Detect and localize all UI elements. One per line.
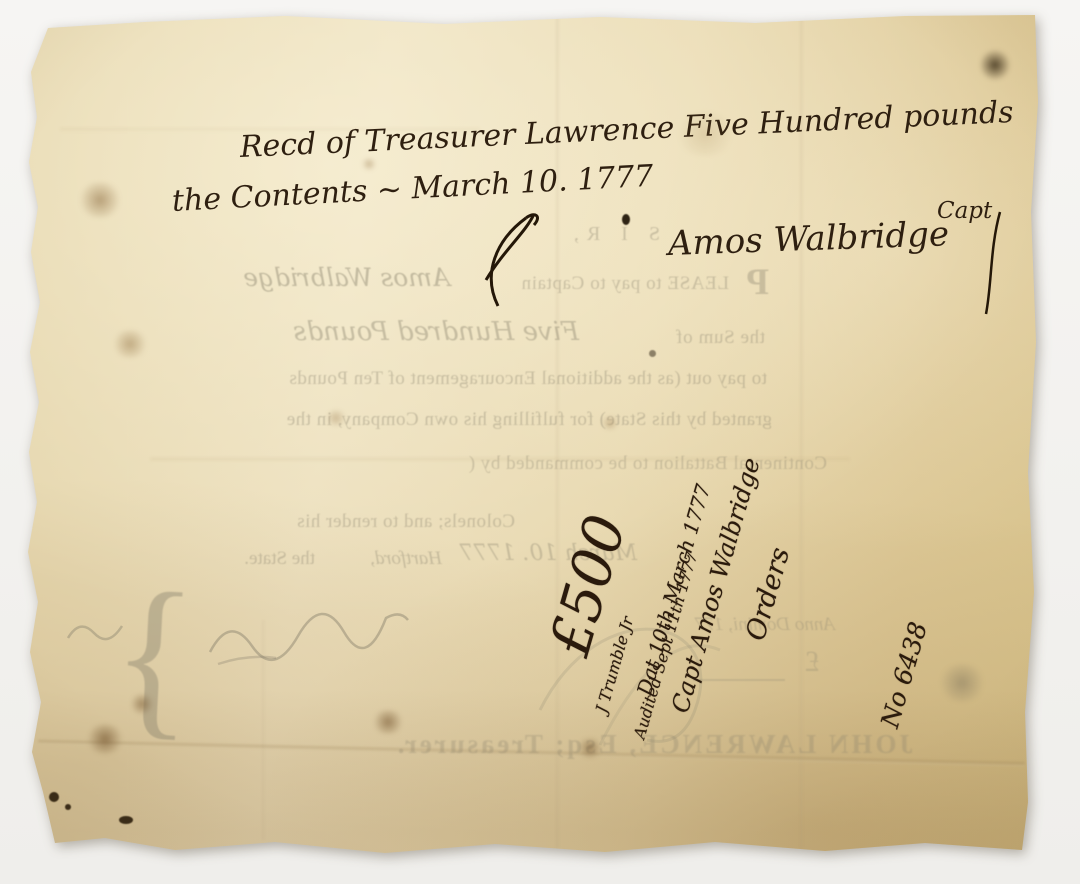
foxing-stain bbox=[325, 410, 347, 426]
receipt-line-2: the Contents ~ March 10. 1777 bbox=[171, 159, 654, 219]
form-body-line1: to pay out (as the additional Encouragem… bbox=[289, 368, 767, 390]
faint-stain bbox=[673, 112, 737, 156]
form-sum-ghost-script: Five Hundred Pounds bbox=[293, 317, 579, 347]
foxing-stain bbox=[111, 330, 149, 358]
aged-paper-sheet: S I R, P LEASE to pay to Captain Amos Wa… bbox=[25, 12, 1040, 858]
form-sum-line: the Sum of bbox=[676, 327, 765, 349]
form-body-line2: granted by this State) for fulfilling hi… bbox=[286, 409, 772, 431]
form-salutation: S I R, bbox=[566, 223, 660, 246]
ink-blot-stain bbox=[980, 48, 1010, 82]
form-pay-line-ghost-script: Amos Walbridge bbox=[243, 263, 450, 292]
receipt-line-1: Recd of Treasurer Lawrence Five Hundred … bbox=[239, 95, 1014, 165]
ink-speck bbox=[622, 214, 630, 225]
ink-speck bbox=[649, 350, 656, 357]
ink-speck bbox=[49, 792, 59, 802]
foxing-stain bbox=[601, 416, 619, 430]
ink-pen-stroke bbox=[978, 208, 1008, 318]
ink-speck bbox=[65, 804, 71, 810]
form-body-line4: Colonels; and to render his bbox=[297, 511, 515, 533]
foxing-stain bbox=[77, 182, 123, 218]
gray-smudge bbox=[937, 664, 987, 702]
scanned-document-stage: S I R, P LEASE to pay to Captain Amos Wa… bbox=[0, 0, 1080, 884]
fold-stain bbox=[577, 738, 603, 758]
form-currency-sign: £ bbox=[805, 645, 820, 679]
fold-stain bbox=[371, 710, 405, 734]
fold-stain bbox=[85, 724, 125, 754]
form-pay-line: LEASE to pay to Captain bbox=[521, 273, 729, 295]
ink-speck bbox=[119, 816, 133, 824]
paper-shadow-wrap: S I R, P LEASE to pay to Captain Amos Wa… bbox=[0, 0, 1080, 884]
form-dropcap: P bbox=[746, 261, 769, 304]
foxing-stain bbox=[361, 158, 377, 170]
fold-stain bbox=[129, 694, 155, 714]
form-body-line3: Continental Battalion to be commanded by… bbox=[468, 453, 827, 475]
ink-flourish bbox=[468, 208, 548, 318]
